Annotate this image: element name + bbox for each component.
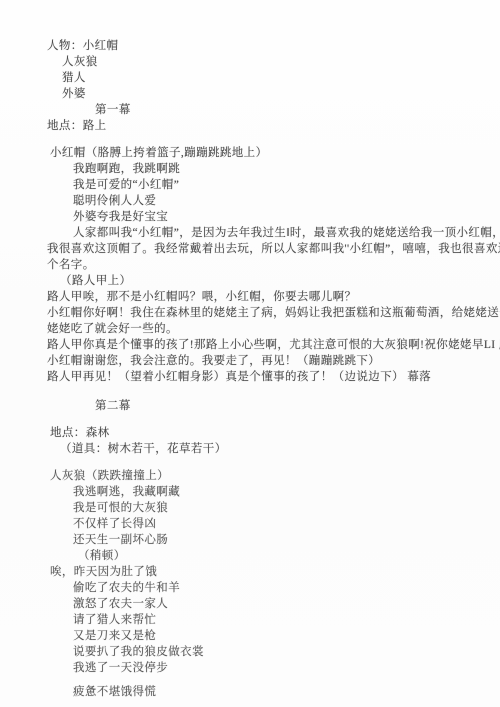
scene-1-heading: 第一幕 <box>47 102 472 118</box>
cast-list-heading: 人物：小红帽 <box>47 38 472 54</box>
cast-member-grandma: 外婆 <box>47 86 472 102</box>
song-line: 疲惫不堪饿得慌 <box>47 684 472 700</box>
dialogue-line: 个名字。 <box>47 257 472 273</box>
song-line: 不仅样了长得凶 <box>47 516 472 532</box>
dialogue-line: 唉，昨天因为肚了饿 <box>47 564 472 580</box>
scene-1-location: 地点：路上 <box>47 118 472 134</box>
song-line: 我是可爱的“小红帽” <box>47 177 472 193</box>
song-line: 偷吃了农夫的牛和羊 <box>47 580 472 596</box>
song-line: 说要扒了我的狼皮做衣裳 <box>47 644 472 660</box>
song-line: 我跑啊跑，我跳啊跳 <box>47 161 472 177</box>
song-line: 激怒了农夫一家人 <box>47 596 472 612</box>
song-line: 我是可恨的大灰狼 <box>47 500 472 516</box>
dialogue-line: 路人甲唉，那不是小红帽吗？喂，小红帽，你要去哪儿啊？ <box>47 289 472 305</box>
song-line: 还天生一副坏心肠 <box>47 532 472 548</box>
song-line: 又是刀来又是枪 <box>47 628 472 644</box>
song-line: 聪明伶俐人人爱 <box>47 193 472 209</box>
script-document-page: 人物：小红帽 人灰狼 猎人 外婆 第一幕 地点：路上 小红帽（胳膊上挎着篮子,蹦… <box>0 0 500 707</box>
stage-direction-entrance: 小红帽（胳膊上挎着篮子,蹦蹦跳跳地上） <box>47 145 472 161</box>
cast-member-wolf: 人灰狼 <box>47 54 472 70</box>
cast-member-hunter: 猎人 <box>47 70 472 86</box>
stage-direction-pause: （稍顿） <box>47 548 472 564</box>
dialogue-line: 路人甲你真是个懂事的孩了!那路上小心些啊，尤其注意可恨的大灰狼啊!祝你姥姥早LI… <box>47 337 472 353</box>
dialogue-line: 姥姥吃了就会好一些的。 <box>47 321 472 337</box>
dialogue-line: 小红帽谢谢您，我会注意的。我要走了，再见！（蹦蹦跳跳下） <box>47 353 472 369</box>
stage-direction: （路人甲上） <box>47 273 472 289</box>
props-note: （道具：树木若干，花草若干） <box>47 441 472 457</box>
song-line: 我逃了一天没停步 <box>47 660 472 676</box>
song-line: 外婆夸我是好宝宝 <box>47 209 472 225</box>
song-line: 我逃啊逃，我藏啊藏 <box>47 484 472 500</box>
scene-2-location: 地点：森林 <box>47 425 472 441</box>
dialogue-line: 我很喜欢这顶帽了。我经常戴着出去玩，所以人家都叫我''小红帽”，嘻嘻，我也很喜欢… <box>47 241 472 257</box>
song-line: 请了猎人来帮忙 <box>47 612 472 628</box>
dialogue-line: 路人甲再见！（望着小红帽身影）真是个懂事的孩了！（边说边下） 幕落 <box>47 369 472 385</box>
stage-direction-entrance: 人灰狼（跌跌撞撞上） <box>47 468 472 484</box>
dialogue-line: 小红帽你好啊！我住在森林里的姥姥主了病，妈妈让我把蛋糕和这瓶葡萄酒，给姥姥送去， <box>47 305 472 321</box>
scene-2-heading: 第二幕 <box>47 398 472 414</box>
dialogue-line: 人家都叫我“小红帽”，是因为去年我过生‖时，最喜欢我的姥姥送给我一顶小红帽， <box>47 225 472 241</box>
